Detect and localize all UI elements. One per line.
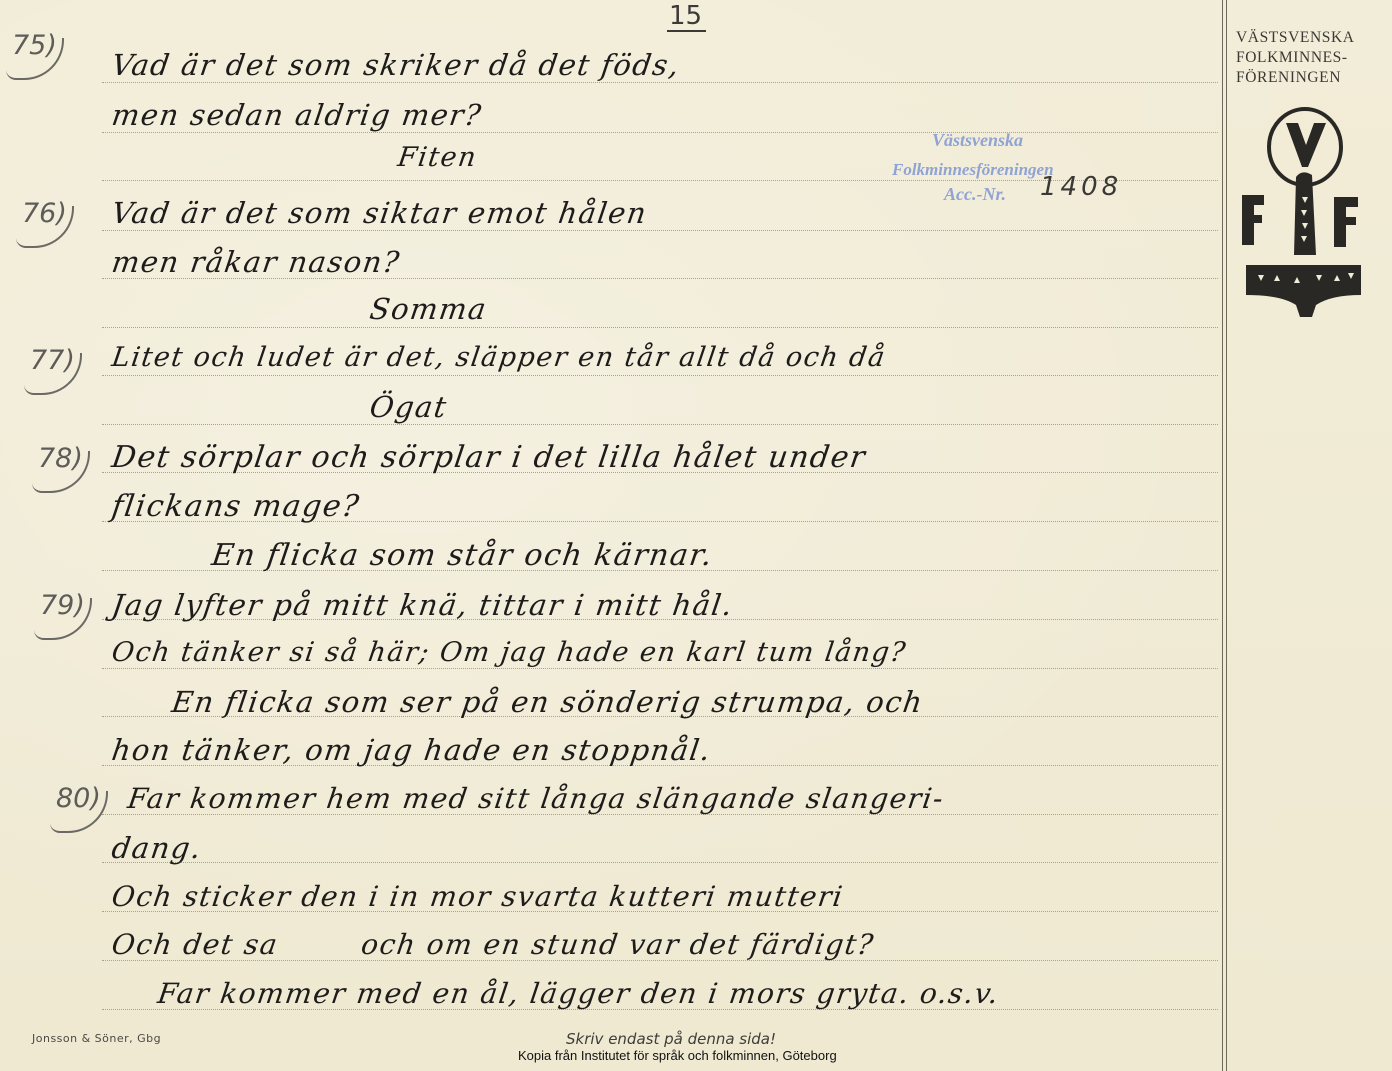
copy-notice: Kopia från Institutet för språk och folk…	[518, 1048, 837, 1063]
entry-line: Vad är det som skriker då det föds,	[110, 48, 683, 82]
entry-line: men råkar nason?	[110, 245, 403, 279]
entry-line: Och sticker den i in mor svarta kutteri …	[110, 880, 846, 913]
circle-mark	[24, 353, 82, 395]
ruling-line	[102, 327, 1218, 328]
org-line-1: VÄSTSVENSKA	[1236, 28, 1386, 48]
entry-line: Och det sa och om en stund var det färdi…	[110, 928, 877, 961]
entry-number: 80)	[56, 783, 101, 814]
entry-answer: Fiten	[396, 142, 479, 173]
circle-mark	[6, 38, 64, 80]
entry-answer-line: hon tänker, om jag hade en stoppnål.	[110, 733, 714, 767]
entry-line: flickans mage?	[110, 489, 363, 524]
entry-number: 78)	[38, 443, 83, 474]
margin-line	[1222, 0, 1223, 1071]
entry-answer: Somma	[368, 292, 490, 326]
ruling-line	[102, 862, 1218, 863]
entry-line: Litet och ludet är det, släpper en tår a…	[110, 342, 888, 373]
circle-mark	[32, 451, 90, 493]
ruling-line	[102, 375, 1218, 376]
stamp-line-1: Västsvenska	[932, 130, 1023, 151]
ruling-line	[102, 424, 1218, 425]
ruling-line	[102, 132, 1218, 133]
entry-answer-line: En flicka som ser på en sönderig strumpa…	[170, 685, 926, 719]
accession-number: 1408	[1040, 172, 1122, 202]
entry-number: 75)	[12, 30, 57, 61]
margin-line	[1226, 0, 1227, 1071]
org-line-2: FOLKMINNES-	[1236, 48, 1386, 68]
entry-answer: Ögat	[368, 390, 450, 424]
vff-hammer-logo-icon	[1236, 105, 1366, 320]
page-number: 15	[667, 2, 706, 32]
entry-line: Jag lyfter på mitt knä, tittar i mitt hå…	[110, 588, 736, 622]
entry-line: men sedan aldrig mer?	[110, 98, 485, 132]
circle-mark	[50, 791, 108, 833]
entry-answer: En flicka som står och kärnar.	[210, 538, 716, 573]
organization-header: VÄSTSVENSKA FOLKMINNES- FÖRENINGEN	[1236, 28, 1386, 88]
entry-number: 76)	[22, 198, 67, 229]
org-line-3: FÖRENINGEN	[1236, 68, 1386, 88]
entry-number: 77)	[30, 345, 75, 376]
entry-line: Och tänker si så här; Om jag hade en kar…	[110, 637, 909, 668]
ruling-line	[102, 230, 1218, 231]
entry-line: dang.	[110, 831, 205, 865]
entry-answer: Far kommer med en ål, lägger den i mors …	[156, 977, 1002, 1010]
ruling-line	[102, 82, 1218, 83]
ruling-line	[102, 668, 1218, 669]
archive-page: 15 VÄSTSVENSKA FOLKMINNES- FÖRENINGEN Vä…	[0, 0, 1392, 1071]
write-instruction: Skriv endast på denna sida!	[566, 1030, 776, 1048]
stamp-line-3: Acc.-Nr.	[944, 184, 1006, 205]
printer-imprint: Jonsson & Söner, Gbg	[32, 1032, 161, 1045]
entry-line: Vad är det som siktar emot hålen	[110, 196, 650, 230]
entry-line: Det sörplar och sörplar i det lilla håle…	[110, 440, 869, 475]
entry-line: Far kommer hem med sitt långa slängande …	[126, 782, 947, 815]
circle-mark	[16, 206, 74, 248]
entry-number: 79)	[40, 590, 85, 621]
circle-mark	[34, 598, 92, 640]
stamp-line-2: Folkminnesföreningen	[892, 160, 1054, 180]
